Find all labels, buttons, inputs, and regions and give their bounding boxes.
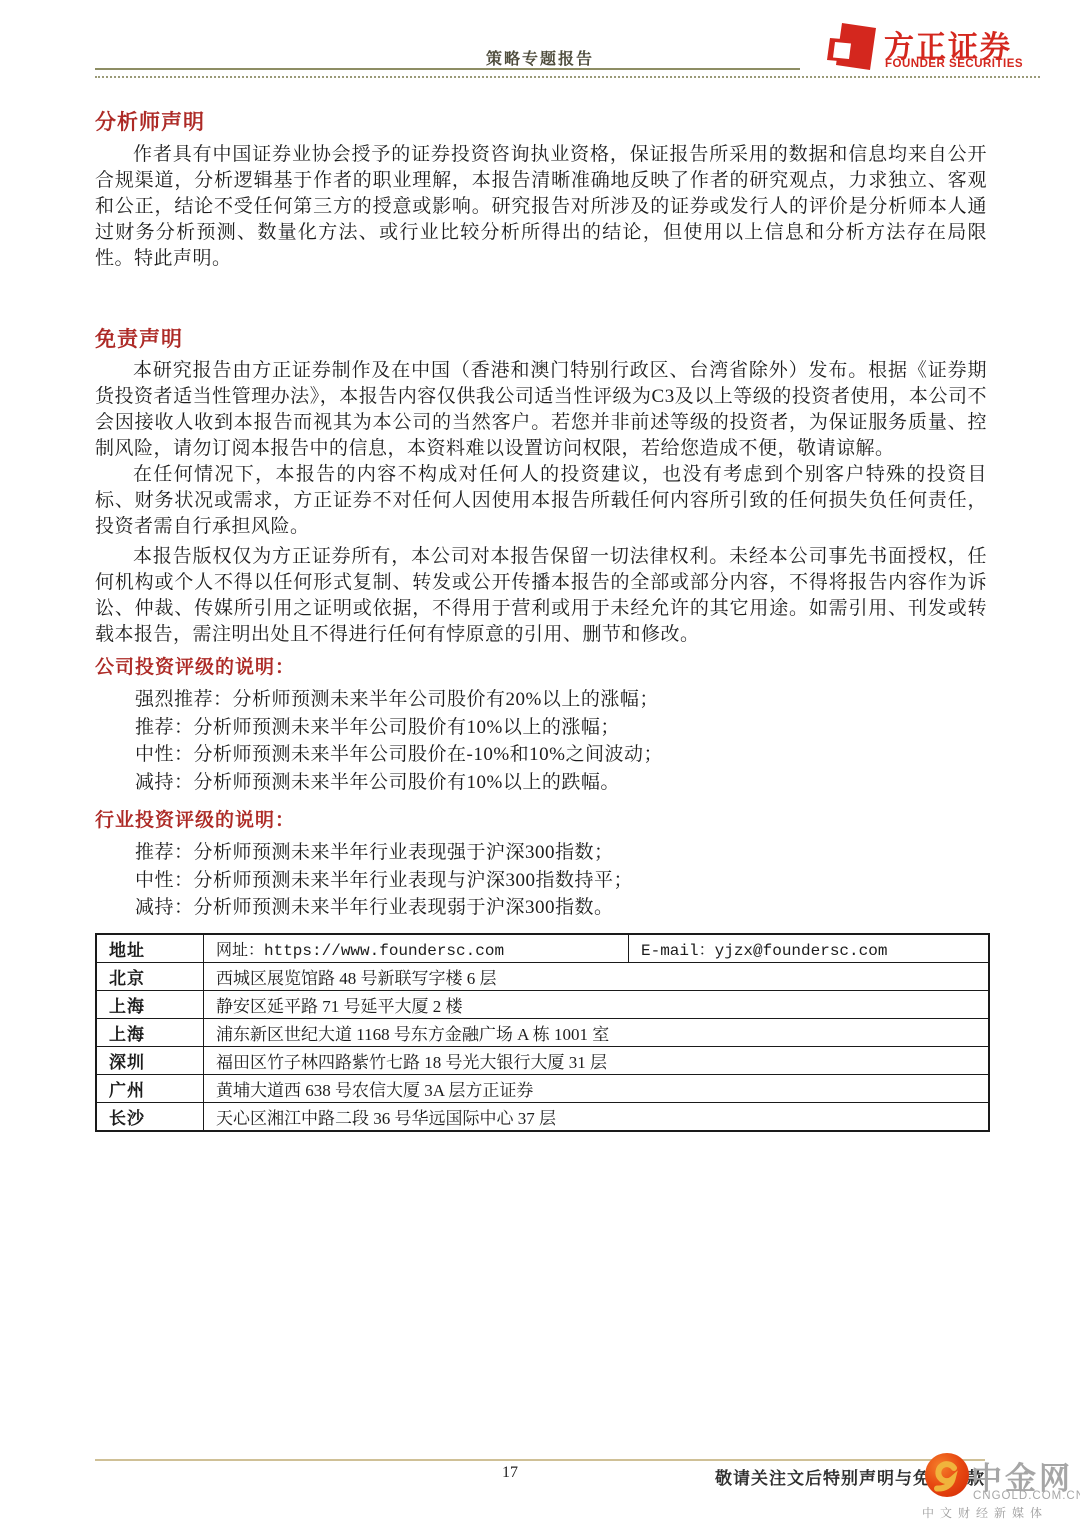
row-label: 地址 [96,934,204,963]
company-rating-item: 推荐：分析师预测未来半年公司股价有10%以上的涨幅； [135,714,985,742]
header-rule-solid [95,68,800,70]
cngold-watermark: 中金网 CNGOLD.COM.CN 中文财经新媒体 [920,1447,1080,1522]
email-cell: E-mail：yjzx@foundersc.com [629,934,990,963]
cngold-domain-text: CNGOLD.COM.CN [973,1490,1080,1502]
founder-securities-logo: 方正证券 FOUNDER SECURITIES [826,16,1026,78]
table-row: 北京 西城区展览馆路 48 号新联写字楼 6 层 [96,963,989,991]
table-row: 广州 黄埔大道西 638 号农信大厦 3A 层方正证券 [96,1075,989,1103]
address-cell: 黄埔大道西 638 号农信大厦 3A 层方正证券 [204,1075,990,1103]
website-cell: 网址：https://www.foundersc.com [204,934,629,963]
row-label: 深圳 [96,1047,204,1075]
row-label: 北京 [96,963,204,991]
cngold-logo-icon [924,1452,970,1503]
report-disclaimer-page: 策略专题报告 方正证券 FOUNDER SECURITIES 分析师声明 作者具… [0,0,1080,1527]
contact-address-table: 地址 网址：https://www.foundersc.com E-mail：y… [95,933,990,1132]
company-rating-heading: 公司投资评级的说明： [95,652,295,679]
address-cell: 福田区竹子林四路紫竹七路 18 号光大银行大厦 31 层 [204,1047,990,1075]
company-rating-list: 强烈推荐：分析师预测未来半年公司股价有20%以上的涨幅； 推荐：分析师预测未来半… [135,686,985,796]
address-cell: 西城区展览馆路 48 号新联写字楼 6 层 [204,963,990,991]
brand-name-en: FOUNDER SECURITIES [885,58,1023,70]
address-cell: 静安区延平路 71 号延平大厦 2 楼 [204,991,990,1019]
disclaimer-paragraph-1: 本研究报告由方正证券制作及在中国（香港和澳门特别行政区、台湾省除外）发布。根据《… [95,358,987,462]
table-row: 上海 静安区延平路 71 号延平大厦 2 楼 [96,991,989,1019]
row-label: 上海 [96,991,204,1019]
industry-rating-list: 推荐：分析师预测未来半年行业表现强于沪深300指数； 中性：分析师预测未来半年行… [135,839,985,922]
footer-rule [95,1459,985,1461]
cngold-tagline-text: 中文财经新媒体 [922,1504,1048,1521]
industry-rating-item: 推荐：分析师预测未来半年行业表现强于沪深300指数； [135,839,985,867]
company-rating-item: 减持：分析师预测未来半年公司股价有10%以上的跌幅。 [135,769,985,797]
disclaimer-heading: 免责声明 [95,323,183,353]
table-row: 深圳 福田区竹子林四路紫竹七路 18 号光大银行大厦 31 层 [96,1047,989,1075]
company-rating-item: 中性：分析师预测未来半年公司股价在-10%和10%之间波动； [135,741,985,769]
disclaimer-paragraph-2: 在任何情况下，本报告的内容不构成对任何人的投资建议，也没有考虑到个别客户特殊的投… [95,462,987,540]
row-label: 广州 [96,1075,204,1103]
founder-logo-icon [826,18,880,81]
industry-rating-heading: 行业投资评级的说明： [95,805,295,832]
row-label: 上海 [96,1019,204,1047]
table-row: 地址 网址：https://www.foundersc.com E-mail：y… [96,934,989,963]
page-number: 17 [470,1464,550,1482]
disclaimer-paragraph-3: 本报告版权仅为方正证券所有，本公司对本报告保留一切法律权利。未经本公司事先书面授… [95,544,987,648]
company-rating-item: 强烈推荐：分析师预测未来半年公司股价有20%以上的涨幅； [135,686,985,714]
row-label: 长沙 [96,1103,204,1132]
analyst-statement-heading: 分析师声明 [95,106,205,136]
address-cell: 天心区湘江中路二段 36 号华远国际中心 37 层 [204,1103,990,1132]
industry-rating-item: 减持：分析师预测未来半年行业表现弱于沪深300指数。 [135,894,985,922]
analyst-statement-paragraph: 作者具有中国证券业协会授予的证券投资咨询执业资格，保证报告所采用的数据和信息均来… [95,142,987,272]
industry-rating-item: 中性：分析师预测未来半年行业表现与沪深300指数持平； [135,867,985,895]
table-row: 长沙 天心区湘江中路二段 36 号华远国际中心 37 层 [96,1103,989,1132]
table-row: 上海 浦东新区世纪大道 1168 号东方金融广场 A 栋 1001 室 [96,1019,989,1047]
address-cell: 浦东新区世纪大道 1168 号东方金融广场 A 栋 1001 室 [204,1019,990,1047]
